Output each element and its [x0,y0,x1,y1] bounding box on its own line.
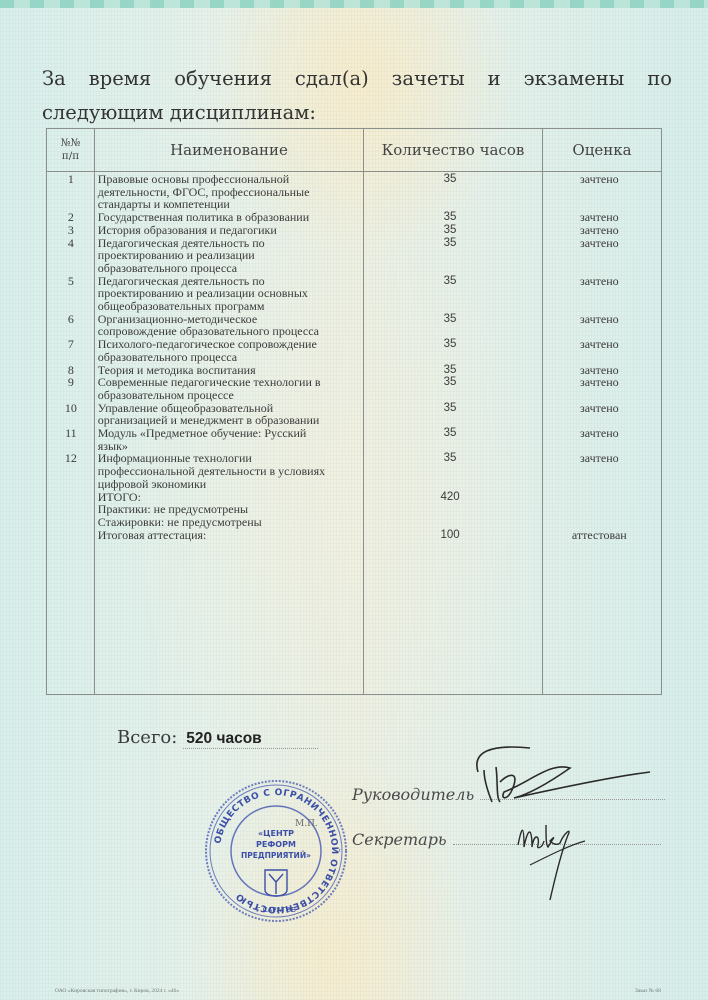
discipline-name-line: История образования и педагогики [98,224,359,237]
table-row: Итоговая аттестация:100аттестован [47,529,661,542]
stamp-text: ПРЕДПРИЯТИЙ» [241,851,311,860]
row-number [47,503,95,516]
discipline-name: История образования и педагогики [95,224,359,237]
discipline-name-line: образовательного процесса [98,262,359,275]
discipline-name-line: образовательного процесса [98,351,359,364]
decorative-border [0,0,708,8]
secretary-label: Секретарь [352,830,447,849]
grade-value [538,516,661,529]
row-number: 12 [47,452,95,490]
hours-value: 35 [358,313,537,338]
header-hours: Количество часов [364,129,542,171]
discipline-name: Организационно-методическоесопровождение… [95,313,359,338]
table-row: Стажировки: не предусмотрены [47,516,661,529]
page-heading: За время обучения сдал(а) зачеты и экзам… [42,62,672,130]
discipline-name: Государственная политика в образовании [95,211,359,224]
stamp-text: «ЦЕНТР [258,829,294,838]
grade-value [538,503,661,516]
head-signature-icon [470,742,670,812]
secretary-signature-icon [510,815,620,905]
grade-value: зачтено [538,313,661,338]
row-number: 3 [47,224,95,237]
row-number [47,529,95,542]
grade-value: зачтено [538,211,661,224]
discipline-name: Информационные технологиипрофессионально… [95,452,359,490]
row-number: 9 [47,376,95,401]
row-number: 10 [47,402,95,427]
discipline-name-line: Стажировки: не предусмотрены [98,516,359,529]
hours-value: 35 [358,376,537,401]
table-row: 12Информационные технологиипрофессиональ… [47,452,661,490]
total-value: 520 часов [183,730,318,749]
grade-value: зачтено [538,275,661,313]
table-row: 5Педагогическая деятельность попроектиро… [47,275,661,313]
total-label: Всего: [117,727,177,748]
table-row: 7Психолого-педагогическое сопровождениео… [47,338,661,363]
discipline-name-line: общеобразовательных программ [98,300,359,313]
row-number: 7 [47,338,95,363]
hours-value: 35 [358,173,537,211]
discipline-name: Правовые основы профессиональнойдеятельн… [95,173,359,211]
total-hours: Всего: 520 часов [117,727,318,749]
row-number: 5 [47,275,95,313]
discipline-name-line: Правовые основы профессиональной [98,173,359,186]
grade-value: зачтено [538,452,661,490]
hours-value: 35 [358,338,537,363]
table-row: 1Правовые основы профессиональнойдеятель… [47,173,661,211]
grade-value: зачтено [538,376,661,401]
hours-value: 35 [358,275,537,313]
table-row: 3История образования и педагогики35зачте… [47,224,661,237]
discipline-name-line: образовательном процессе [98,389,359,402]
row-number: 4 [47,237,95,275]
header-grade: Оценка [543,129,661,171]
table-body: 1Правовые основы профессиональнойдеятель… [47,173,661,541]
table-row: 2Государственная политика в образовании3… [47,211,661,224]
hours-value: 35 [358,402,537,427]
grade-value: зачтено [538,173,661,211]
discipline-name-line: Государственная политика в образовании [98,211,359,224]
seal-place-mark: М.П. [295,819,318,829]
hours-value: 35 [358,452,537,490]
discipline-name-line: Итоговая аттестация: [98,529,359,542]
stamp-text: РЕФОРМ [256,840,296,849]
discipline-name-line: Психолого-педагогическое сопровождение [98,338,359,351]
discipline-name: Итоговая аттестация: [95,529,359,542]
table-row: 6Организационно-методическоесопровождени… [47,313,661,338]
discipline-name: Педагогическая деятельность попроектиров… [95,237,359,275]
row-number: 2 [47,211,95,224]
discipline-name: Стажировки: не предусмотрены [95,516,359,529]
hours-value: 420 [358,491,537,504]
hours-value: 35 [358,211,537,224]
table-row: 9Современные педагогические технологии в… [47,376,661,401]
grade-value: зачтено [538,338,661,363]
discipline-name: Психолого-педагогическое сопровождениеоб… [95,338,359,363]
header-name: Наименование [95,129,363,171]
header-number: №№ п/п [47,129,94,171]
discipline-name-line: Модуль «Предметное обучение: Русский [98,427,359,440]
hours-value [358,516,537,529]
table-row: 10Управление общеобразовательнойорганиза… [47,402,661,427]
discipline-name: Современные педагогические технологии во… [95,376,359,401]
row-number: 11 [47,427,95,452]
row-number: 1 [47,173,95,211]
row-number [47,516,95,529]
discipline-name: Управление общеобразовательнойорганизаци… [95,402,359,427]
stamp-city: Г.САРАТОВ [256,906,296,914]
disciplines-table: №№ п/п Наименование Количество часов Оце… [46,128,662,695]
row-number: 6 [47,313,95,338]
printer-info: ОАО «Кировская типография», г. Киров, 20… [55,988,179,994]
hours-value: 35 [358,427,537,452]
coat-of-arms-icon [265,870,287,896]
discipline-name: Модуль «Предметное обучение: Русскийязык… [95,427,359,452]
hours-value: 100 [358,529,537,542]
discipline-name-line: цифровой экономики [98,478,359,491]
grade-value: зачтено [538,224,661,237]
grade-value: зачтено [538,427,661,452]
head-label: Руководитель [352,785,474,804]
order-number: Заказ № 68 [635,988,661,994]
table-row: 4Педагогическая деятельность попроектиро… [47,237,661,275]
hours-value: 35 [358,237,537,275]
grade-value: зачтено [538,402,661,427]
organization-stamp-icon: ОБЩЕСТВО С ОГРАНИЧЕННОЙ ОТВЕТСТВЕННОСТЬЮ… [203,778,349,924]
grade-value [538,491,661,504]
hours-value [358,503,537,516]
row-number [47,491,95,504]
grade-value: зачтено [538,237,661,275]
discipline-name-line: профессиональной деятельности в условиях [98,465,359,478]
hours-value: 35 [358,364,537,377]
hours-value: 35 [358,224,537,237]
table-row: 11Модуль «Предметное обучение: Русскийяз… [47,427,661,452]
grade-value: аттестован [538,529,661,542]
discipline-name: Педагогическая деятельность попроектиров… [95,275,359,313]
